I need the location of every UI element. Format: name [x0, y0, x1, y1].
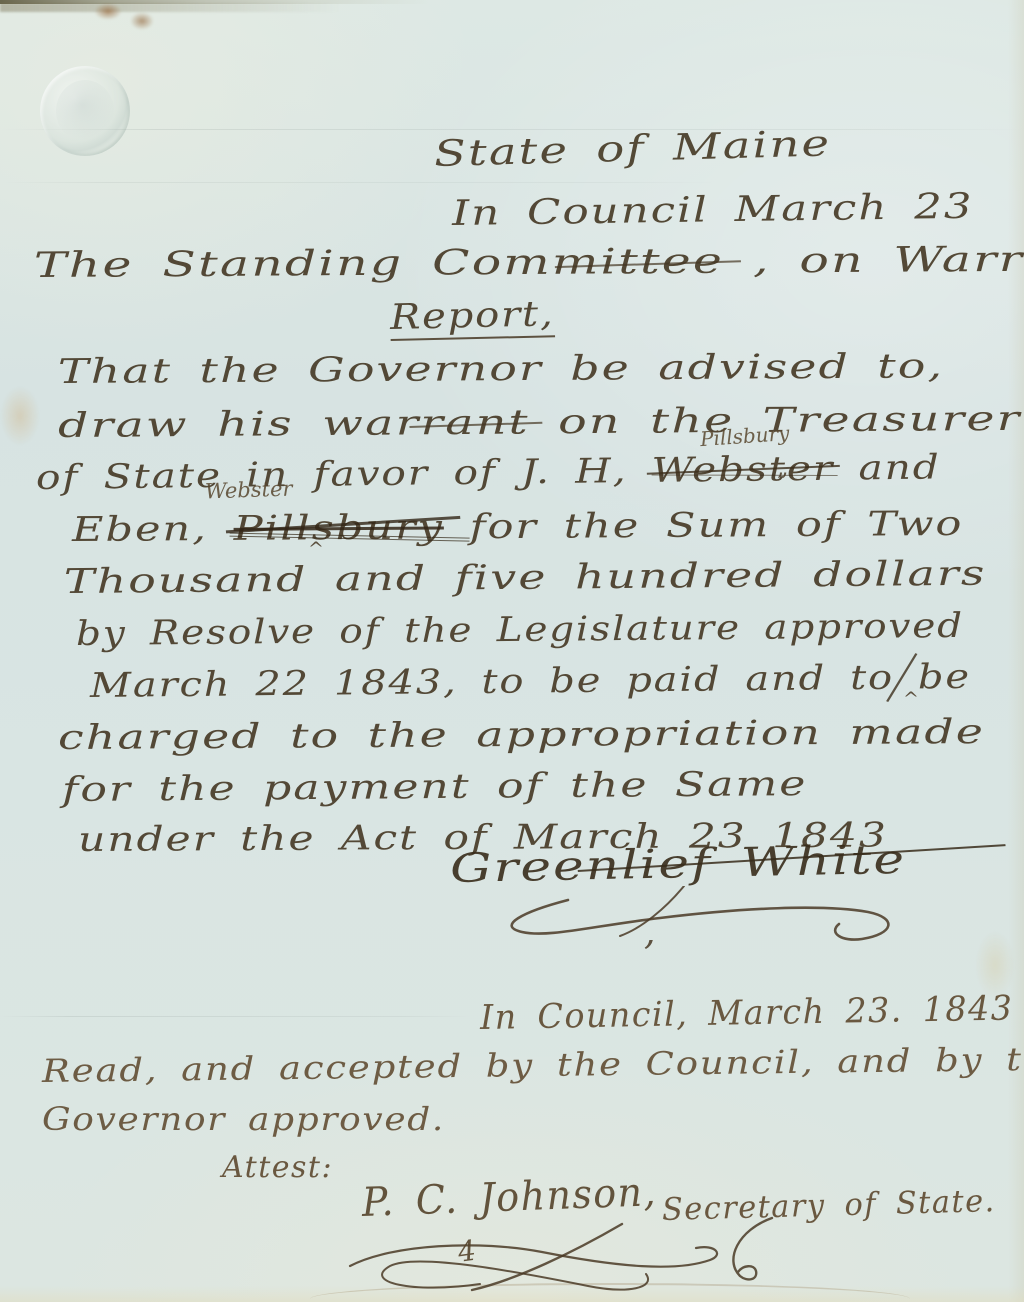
struck-name-pillsbury: Pillsbury: [233, 507, 444, 548]
body-line-3a: of State in favor of J. H,: [36, 451, 628, 498]
body-line-1: That the Governor be advised to,: [58, 346, 945, 392]
state-of-maine-line: State of Maine: [433, 123, 832, 175]
fold-line: [0, 182, 717, 183]
struck-name-webster: Webster: [651, 449, 834, 491]
body-line-7: March 22 1843, to be paid and to be: [90, 657, 971, 706]
body-line-7a: March 22 1843, to be paid and: [90, 658, 827, 706]
state-title-curl: [716, 1212, 796, 1297]
body-line-4c: for the Sum of Two: [469, 504, 963, 547]
body-line-3c: and: [858, 447, 941, 488]
endorsement-read-line: Read, and accepted by the Council, and b…: [42, 1040, 1024, 1090]
secretary-signature: P. C. Johnson,: [361, 1169, 657, 1226]
committee-word-corrected: Committee: [432, 242, 724, 284]
report-heading: Report,: [389, 294, 555, 338]
committee-line-c: , on Warrants: [753, 239, 1024, 281]
committee-line: The Standing Committee , on Warrants: [34, 239, 1024, 286]
paper-stain: [0, 386, 40, 446]
ink-stain: [94, 3, 122, 20]
signature-comma: ,: [644, 912, 657, 953]
scan-edge-top-shadow: [0, 3, 340, 12]
body-line-3: of State in favor of J. H, Webster and: [36, 447, 941, 498]
fold-line: [0, 129, 1024, 130]
council-date-text: In Council March 23: [452, 187, 974, 234]
body-line-4a: Eben,: [72, 509, 208, 550]
signature-name-text: Greenlief White: [449, 837, 907, 892]
fold-line: [0, 1016, 471, 1017]
body-line-2a: draw his: [58, 404, 294, 446]
corrected-word-warrant: warrant: [322, 402, 530, 444]
endorsement-date-line: In Council, March 23. 1843: [480, 989, 1014, 1038]
insertion-caret: ^: [903, 688, 919, 710]
body-line-2: draw his warrant on the Treasurer: [58, 399, 1022, 446]
body-line-9: for the payment of the Same: [62, 764, 808, 810]
inserted-name-pillsbury: Pillsbury: [699, 421, 790, 451]
embossed-seal-center: [56, 80, 114, 142]
body-line-5: Thousand and five hundred dollars: [64, 554, 987, 602]
endorsement-approved-line: Governor approved.: [42, 1100, 445, 1138]
council-date-line: In Council March 23 1843: [452, 184, 1024, 234]
committee-line-a: The Standing: [34, 244, 404, 286]
signature-greenlief-white: Greenlief White: [449, 837, 907, 892]
attest-label: Attest:: [222, 1150, 333, 1185]
body-line-8: charged to the appropriation made: [58, 712, 985, 758]
secretary-flourish: [330, 1222, 730, 1300]
insertion-caret: „: [777, 456, 788, 481]
insertion-caret: ^: [308, 538, 324, 560]
report-heading-text: Report,: [389, 294, 555, 341]
body-line-6: by Resolve of the Legislature approved: [76, 606, 964, 654]
body-line-4: Eben, Pillsbury for the Sum of Two: [72, 504, 964, 550]
ink-stain: [130, 12, 154, 30]
embossed-seal: [40, 66, 130, 156]
signature-flourish: [470, 886, 910, 948]
inserted-name-webster: Webster: [205, 476, 293, 503]
manuscript-page: { "page": { "paper_color": "#d8e4e2", "i…: [0, 0, 1024, 1302]
body-line-2c: on the Treasurer: [558, 399, 1022, 442]
